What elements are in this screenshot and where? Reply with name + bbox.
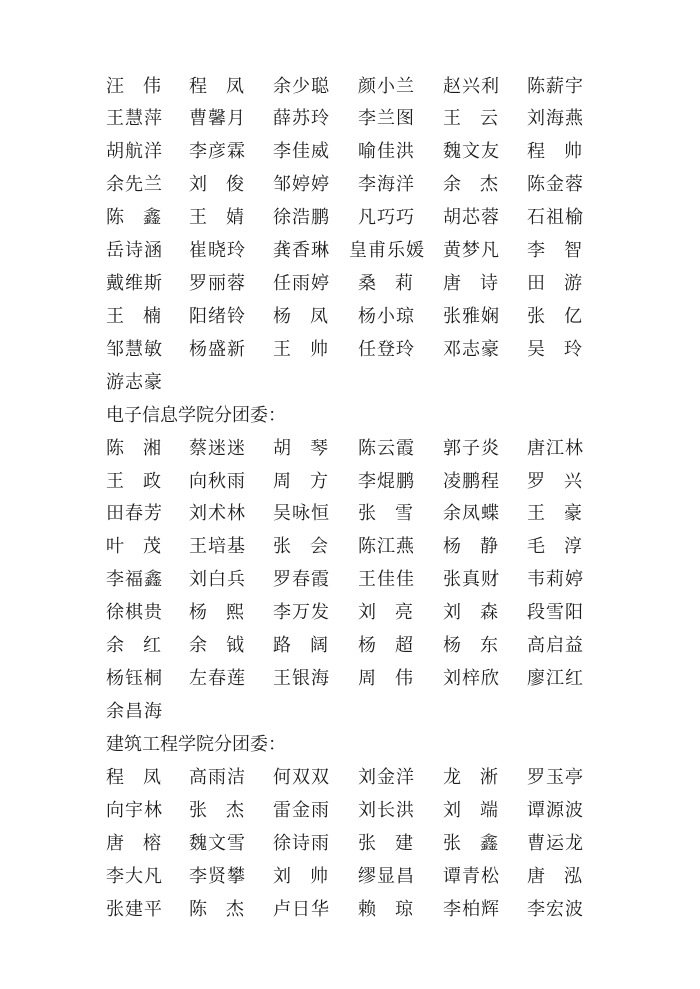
member-name: 徐浩鹏 [273,201,330,234]
name-row: 唐榕魏文雪徐诗雨张建张鑫曹运龙 [0,827,700,860]
name-row: 邹慧敏杨盛新王帅任登玲邓志豪吴玲 [0,333,700,366]
member-name: 曹馨月 [189,102,246,135]
member-name: 李焜鹏 [358,465,415,498]
member-name: 蔡迷迷 [189,432,246,465]
member-name: 李兰图 [358,102,415,135]
member-name: 刘俊 [189,168,244,201]
member-name: 刘梓欣 [443,662,500,695]
member-name: 任雨婷 [273,267,330,300]
member-name: 张会 [273,530,328,563]
member-name: 邹婷婷 [273,168,330,201]
name-row: 李大凡李贤攀刘帅缪显昌谭青松唐泓 [0,860,700,893]
member-name: 张杰 [189,794,244,827]
member-name: 赵兴利 [443,70,500,103]
member-name: 曹运龙 [527,827,584,860]
member-name: 王豪 [527,497,582,530]
member-name: 杨钰桐 [106,662,163,695]
member-name: 胡芯蓉 [443,201,500,234]
member-name: 余少聪 [273,70,330,103]
member-name: 张真财 [443,563,500,596]
member-name: 李佳威 [273,135,330,168]
member-name: 罗兴 [527,465,582,498]
name-row: 向宇林张杰雷金雨刘长洪刘端谭源波 [0,794,700,827]
member-name: 罗玉亭 [527,761,584,794]
member-name: 石祖榆 [527,201,584,234]
member-name: 魏文雪 [189,827,246,860]
member-name: 程凤 [106,761,161,794]
member-name: 周伟 [358,662,413,695]
member-name: 刘海燕 [527,102,584,135]
member-name: 向秋雨 [189,465,246,498]
member-name: 张鑫 [443,827,498,860]
member-name: 杨东 [443,629,498,662]
member-name: 唐榕 [106,827,161,860]
member-name: 张建 [358,827,413,860]
member-name: 刘术林 [189,497,246,530]
member-name: 田春芳 [106,497,163,530]
member-name: 王佳佳 [358,563,415,596]
member-name: 颜小兰 [358,70,415,103]
member-name: 龙淅 [443,761,498,794]
member-name: 胡航洋 [106,135,163,168]
name-row: 叶茂王培基张会陈江燕杨静毛淳 [0,530,700,563]
member-name: 刘长洪 [358,794,415,827]
name-row: 胡航洋李彦霖李佳威喻佳洪魏文友程帅 [0,135,700,168]
member-name: 李彦霖 [189,135,246,168]
member-name: 刘森 [443,596,498,629]
name-row: 杨钰桐左春莲王银海周伟刘梓欣廖江红 [0,662,700,695]
member-name: 毛淳 [527,530,582,563]
member-name: 王培基 [189,530,246,563]
member-name: 刘白兵 [189,563,246,596]
name-row: 王政向秋雨周方李焜鹏凌鹏程罗兴 [0,465,700,498]
member-name: 王帅 [273,333,328,366]
member-name: 廖江红 [527,662,584,695]
name-row: 汪伟程凤余少聪颜小兰赵兴利陈薪宇 [0,70,700,103]
member-name: 谭青松 [443,860,500,893]
name-row: 程凤高雨洁何双双刘金洋龙淅罗玉亭 [0,761,700,794]
member-name: 喻佳洪 [358,135,415,168]
member-name: 唐江林 [527,432,584,465]
member-name: 田游 [527,267,582,300]
member-name: 李智 [527,234,582,267]
member-name: 刘亮 [358,596,413,629]
member-name: 刘帅 [273,860,328,893]
member-name: 张雪 [358,497,413,530]
member-name: 陈薪宇 [527,70,584,103]
member-name: 陈杰 [189,893,244,926]
member-name: 吴玲 [527,333,582,366]
member-name: 杨超 [358,629,413,662]
member-name: 余凤蝶 [443,497,500,530]
name-row: 游志豪 [0,366,700,399]
name-row: 徐棋贵杨熙李万发刘亮刘森段雪阳 [0,596,700,629]
member-name: 王政 [106,465,161,498]
member-name: 唐诗 [443,267,498,300]
member-name: 王云 [443,102,498,135]
member-name: 高雨洁 [189,761,246,794]
name-row: 王楠阳绪铃杨凤杨小琼张雅娴张亿 [0,300,700,333]
member-name: 罗春霞 [273,563,330,596]
member-name: 唐泓 [527,860,582,893]
member-name: 李海洋 [358,168,415,201]
member-name: 段雪阳 [527,596,584,629]
name-row: 李福鑫刘白兵罗春霞王佳佳张真财韦莉婷 [0,563,700,596]
member-name: 余钺 [189,629,244,662]
member-name: 戴维斯 [106,267,163,300]
member-name: 邹慧敏 [106,333,163,366]
member-name: 王银海 [273,662,330,695]
name-row: 余昌海 [0,695,700,728]
member-name: 龚香琳 [273,234,330,267]
member-name: 岳诗涵 [106,234,163,267]
section-2-heading-line: 建筑工程学院分团委： [0,728,700,761]
name-row: 戴维斯罗丽蓉任雨婷桑莉唐诗田游 [0,267,700,300]
member-name: 黄梦凡 [443,234,500,267]
member-name: 邓志豪 [443,333,500,366]
member-name: 程帅 [527,135,582,168]
name-row: 王慧萍曹馨月薛苏玲李兰图王云刘海燕 [0,102,700,135]
member-name: 余先兰 [106,168,163,201]
member-name: 刘金洋 [358,761,415,794]
member-name: 王婧 [189,201,244,234]
member-name: 徐诗雨 [273,827,330,860]
member-name: 雷金雨 [273,794,330,827]
member-name: 杨静 [443,530,498,563]
member-name: 杨盛新 [189,333,246,366]
document-page: 汪伟程凤余少聪颜小兰赵兴利陈薪宇王慧萍曹馨月薛苏玲李兰图王云刘海燕胡航洋李彦霖李… [0,0,700,989]
member-name: 桑莉 [358,267,413,300]
member-name: 杨凤 [273,300,328,333]
member-name: 陈云霞 [358,432,415,465]
section-heading: 电子信息学院分团委： [106,399,286,432]
member-name: 赖琼 [358,893,413,926]
name-row: 陈湘蔡迷迷胡琴陈云霞郭子炎唐江林 [0,432,700,465]
member-name: 余红 [106,629,161,662]
member-name: 薛苏玲 [273,102,330,135]
member-name: 卢日华 [273,893,330,926]
member-name: 路阔 [273,629,328,662]
member-name: 向宇林 [106,794,163,827]
member-name: 李万发 [273,596,330,629]
member-name: 李柏辉 [443,893,500,926]
member-name: 张雅娴 [443,300,500,333]
member-name: 周方 [273,465,328,498]
member-name: 叶茂 [106,530,161,563]
member-name: 余昌海 [106,695,163,728]
member-name: 吴咏恒 [273,497,330,530]
section-1-heading-line: 电子信息学院分团委： [0,399,700,432]
name-row: 陈鑫王婧徐浩鹏凡巧巧胡芯蓉石祖榆 [0,201,700,234]
member-name: 高启益 [527,629,584,662]
member-name: 韦莉婷 [527,563,584,596]
member-name: 陈湘 [106,432,161,465]
member-name: 罗丽蓉 [189,267,246,300]
member-name: 左春莲 [189,662,246,695]
name-row: 田春芳刘术林吴咏恒张雪余凤蝶王豪 [0,497,700,530]
member-name: 李贤攀 [189,860,246,893]
member-name: 刘端 [443,794,498,827]
member-name: 张亿 [527,300,582,333]
member-name: 胡琴 [273,432,328,465]
member-name: 王楠 [106,300,161,333]
name-row: 岳诗涵崔晓玲龚香琳皇甫乐媛黄梦凡李智 [0,234,700,267]
member-name: 皇甫乐媛 [349,234,425,267]
member-name: 徐棋贵 [106,596,163,629]
member-name: 陈鑫 [106,201,161,234]
name-row: 张建平陈杰卢日华赖琼李柏辉李宏波 [0,893,700,926]
member-name: 郭子炎 [443,432,500,465]
member-name: 凌鹏程 [443,465,500,498]
member-name: 陈江燕 [358,530,415,563]
member-name: 李大凡 [106,860,163,893]
member-name: 凡巧巧 [358,201,415,234]
member-name: 谭源波 [527,794,584,827]
member-name: 游志豪 [106,366,163,399]
member-name: 杨熙 [189,596,244,629]
member-name: 李福鑫 [106,563,163,596]
member-name: 崔晓玲 [189,234,246,267]
member-name: 王慧萍 [106,102,163,135]
member-name: 李宏波 [527,893,584,926]
member-name: 任登玲 [358,333,415,366]
member-name: 阳绪铃 [189,300,246,333]
member-name: 汪伟 [106,70,161,103]
member-name: 何双双 [273,761,330,794]
member-name: 余杰 [443,168,498,201]
name-row: 余先兰刘俊邹婷婷李海洋余杰陈金蓉 [0,168,700,201]
member-name: 魏文友 [443,135,500,168]
member-name: 陈金蓉 [527,168,584,201]
member-name: 缪显昌 [358,860,415,893]
member-name: 程凤 [189,70,244,103]
name-row: 余红余钺路阔杨超杨东高启益 [0,629,700,662]
member-name: 杨小琼 [358,300,415,333]
member-name: 张建平 [106,893,163,926]
section-heading: 建筑工程学院分团委： [106,728,286,761]
